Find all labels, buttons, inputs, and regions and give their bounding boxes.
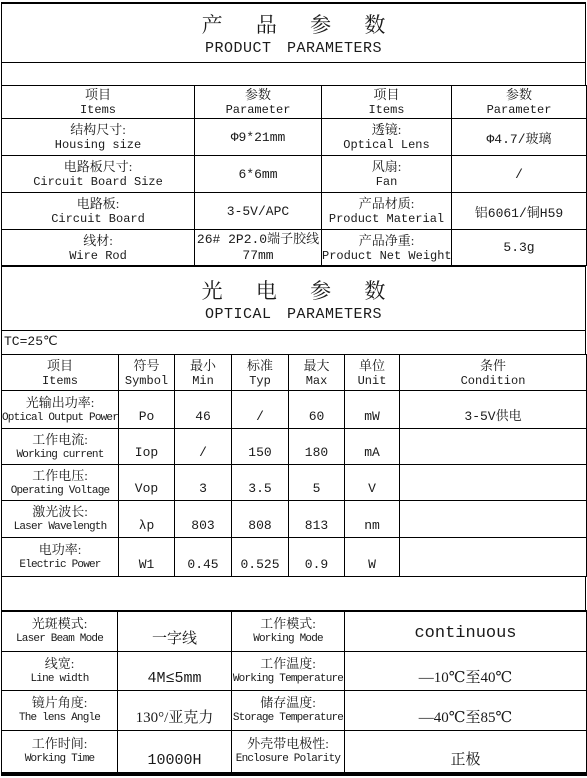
product-parameters-table: 项目 Items 参数 Parameter 项目 Items 参数 Parame…	[1, 85, 587, 266]
condition-cell	[400, 465, 587, 501]
item-label-en: Storage Temperature	[232, 711, 344, 726]
item-label-en: Circuit Board Size	[2, 175, 194, 190]
item-cell-working-time: 工作时间: Working Time	[2, 730, 118, 774]
header-label-en: Parameter	[452, 103, 586, 118]
value-cell: 130°/亚克力	[118, 690, 232, 730]
item-label-en: Working Time	[2, 752, 117, 767]
table-row: 工作电压: Operating Voltage Vop 3 3.5 5 V	[2, 465, 587, 501]
item-label-cn: 电路板尺寸:	[2, 158, 194, 175]
value-cell: 4M≤5mm	[118, 651, 232, 690]
header-label-en: Items	[322, 103, 451, 118]
item-cell-optical-output-power: 光输出功率: Optical Output Power	[2, 391, 119, 429]
header-label-cn: 项目	[2, 357, 118, 374]
value-cell: 5.3g	[452, 230, 587, 266]
header-cell-parameter: 参数 Parameter	[195, 86, 322, 119]
header-label-cn: 单位	[345, 357, 399, 374]
value-cell: Φ4.7/玻璃	[452, 119, 587, 156]
unit-cell: W	[345, 538, 400, 577]
header-label-en: Items	[2, 103, 194, 118]
min-cell: 0.45	[175, 538, 232, 577]
table-row: 激光波长: Laser Wavelength λp 803 808 813 nm	[2, 501, 587, 538]
item-cell-product-material: 产品材质: Product Material	[322, 193, 452, 230]
optical-title-en: OPTICAL PARAMETERS	[205, 306, 382, 323]
item-cell-storage-temperature: 储存温度: Storage Temperature	[232, 690, 345, 730]
header-label-cn: 项目	[322, 86, 451, 103]
unit-cell: mW	[345, 391, 400, 429]
item-cell-line-width: 线宽: Line width	[2, 651, 118, 690]
max-cell: 5	[289, 465, 345, 501]
value-cell: /	[452, 156, 587, 193]
item-label-cn: 产品材质:	[322, 195, 451, 212]
value-cell: 正极	[345, 730, 587, 774]
item-cell-working-temperature: 工作温度: Working Temperature	[232, 651, 345, 690]
symbol-cell: Vop	[119, 465, 175, 501]
min-cell: 3	[175, 465, 232, 501]
header-cell-max: 最大 Max	[289, 355, 345, 391]
symbol-cell: Iop	[119, 429, 175, 465]
typ-cell: 150	[232, 429, 289, 465]
item-label-cn: 产品净重:	[322, 232, 451, 249]
table-row: 光输出功率: Optical Output Power Po 46 / 60 m…	[2, 391, 587, 429]
item-label-en: Circuit Board	[2, 212, 194, 227]
item-cell-operating-voltage: 工作电压: Operating Voltage	[2, 465, 119, 501]
header-label-cn: 条件	[400, 357, 586, 374]
item-cell-wire-rod: 线材: Wire Rod	[2, 230, 195, 266]
item-label-cn: 透镜:	[322, 121, 451, 138]
spec-sheet: 产 品 参 数 PRODUCT PARAMETERS 项目 Items 参数 P…	[0, 0, 587, 778]
item-label-en: Product Material	[322, 212, 451, 227]
item-cell-circuit-board: 电路板: Circuit Board	[2, 193, 195, 230]
item-label-cn: 镜片角度:	[2, 694, 117, 711]
optical-section-header: 光 电 参 数 OPTICAL PARAMETERS	[1, 266, 586, 331]
header-label-cn: 符号	[119, 357, 174, 374]
header-cell-items: 项目 Items	[2, 355, 119, 391]
item-label-en: Laser Beam Mode	[2, 632, 117, 647]
symbol-cell: λp	[119, 501, 175, 538]
table-row: 结构尺寸: Housing size Φ9*21mm 透镜: Optical L…	[2, 119, 587, 156]
value-cell: 6*6mm	[195, 156, 322, 193]
typ-cell: 808	[232, 501, 289, 538]
table-row: 工作电流: Working current Iop / 150 180 mA	[2, 429, 587, 465]
item-cell-laser-beam-mode: 光斑模式: Laser Beam Mode	[2, 611, 118, 651]
optical-table-header-row: 项目 Items 符号 Symbol 最小 Min 标准 Typ 最大 Max …	[2, 355, 587, 391]
value-line-1: 26# 2P2.0端子胶线	[195, 232, 321, 248]
table-row: 电路板: Circuit Board 3-5V/APC 产品材质: Produc…	[2, 193, 587, 230]
item-label-en: Working current	[2, 448, 118, 463]
unit-cell: mA	[345, 429, 400, 465]
tc-note: TC=25℃	[1, 331, 586, 354]
optical-parameters-table: 项目 Items 符号 Symbol 最小 Min 标准 Typ 最大 Max …	[1, 354, 587, 577]
item-label-en: Line width	[2, 672, 117, 687]
symbol-cell: Po	[119, 391, 175, 429]
item-label-en: Electric Power	[2, 558, 118, 573]
header-cell-symbol: 符号 Symbol	[119, 355, 175, 391]
item-label-cn: 储存温度:	[232, 694, 344, 711]
item-label-cn: 工作电压:	[2, 467, 118, 484]
item-cell-circuit-board-size: 电路板尺寸: Circuit Board Size	[2, 156, 195, 193]
item-label-en: Enclosure Polarity	[232, 752, 344, 767]
optical-title-cn: 光 电 参 数	[188, 275, 400, 305]
table-row: 线宽: Line width 4M≤5mm 工作温度: Working Temp…	[2, 651, 587, 690]
item-label-cn: 结构尺寸:	[2, 121, 194, 138]
item-label-cn: 线宽:	[2, 655, 117, 672]
item-label-cn: 工作温度:	[232, 655, 344, 672]
item-label-cn: 风扇:	[322, 158, 451, 175]
header-cell-unit: 单位 Unit	[345, 355, 400, 391]
value-cell: —10℃至40℃	[345, 651, 587, 690]
product-table-header-row: 项目 Items 参数 Parameter 项目 Items 参数 Parame…	[2, 86, 587, 119]
typ-cell: 0.525	[232, 538, 289, 577]
item-label-cn: 线材:	[2, 232, 194, 249]
table-row: 电功率: Electric Power W1 0.45 0.525 0.9 W	[2, 538, 587, 577]
header-label-en: Typ	[232, 374, 288, 389]
item-label-en: Optical Output Power	[2, 411, 118, 426]
item-cell-housing-size: 结构尺寸: Housing size	[2, 119, 195, 156]
item-label-en: Product Net Weight	[322, 249, 451, 264]
item-label-cn: 电路板:	[2, 195, 194, 212]
item-label-cn: 工作模式:	[232, 615, 344, 632]
value-cell: —40℃至85℃	[345, 690, 587, 730]
item-cell-fan: 风扇: Fan	[322, 156, 452, 193]
item-label-en: Fan	[322, 175, 451, 190]
item-cell-product-net-weight: 产品净重: Product Net Weight	[322, 230, 452, 266]
table-row: 光斑模式: Laser Beam Mode 一字线 工作模式: Working …	[2, 611, 587, 651]
header-cell-condition: 条件 Condition	[400, 355, 587, 391]
item-label-cn: 光输出功率:	[2, 394, 118, 411]
product-section-header: 产 品 参 数 PRODUCT PARAMETERS	[1, 2, 586, 63]
product-title-en: PRODUCT PARAMETERS	[205, 40, 382, 57]
header-cell-min: 最小 Min	[175, 355, 232, 391]
item-label-en: Operating Voltage	[2, 484, 118, 499]
characteristics-table: 光斑模式: Laser Beam Mode 一字线 工作模式: Working …	[1, 610, 587, 776]
value-cell: 一字线	[118, 611, 232, 651]
item-label-cn: 工作电流:	[2, 431, 118, 448]
typ-cell: /	[232, 391, 289, 429]
item-label-en: Wire Rod	[2, 249, 194, 264]
item-label-en: Working Mode	[232, 632, 344, 647]
min-cell: 46	[175, 391, 232, 429]
header-label-cn: 标准	[232, 357, 288, 374]
header-label-cn: 最小	[175, 357, 231, 374]
item-label-cn: 工作时间:	[2, 735, 117, 752]
header-label-en: Parameter	[195, 103, 321, 118]
header-cell-parameter: 参数 Parameter	[452, 86, 587, 119]
header-label-en: Symbol	[119, 374, 174, 389]
header-label-cn: 参数	[452, 86, 586, 103]
table-row: 电路板尺寸: Circuit Board Size 6*6mm 风扇: Fan …	[2, 156, 587, 193]
item-label-en: Laser Wavelength	[2, 520, 118, 535]
condition-cell	[400, 538, 587, 577]
item-label-cn: 外壳带电极性:	[232, 735, 344, 752]
unit-cell: V	[345, 465, 400, 501]
item-cell-laser-wavelength: 激光波长: Laser Wavelength	[2, 501, 119, 538]
header-cell-typ: 标准 Typ	[232, 355, 289, 391]
item-label-en: Housing size	[2, 138, 194, 153]
item-cell-enclosure-polarity: 外壳带电极性: Enclosure Polarity	[232, 730, 345, 774]
item-label-cn: 光斑模式:	[2, 615, 117, 632]
item-label-en: The lens Angle	[2, 711, 117, 726]
item-label-en: Optical Lens	[322, 138, 451, 153]
max-cell: 60	[289, 391, 345, 429]
item-cell-working-mode: 工作模式: Working Mode	[232, 611, 345, 651]
table-row: 线材: Wire Rod 26# 2P2.0端子胶线 77mm 产品净重: Pr…	[2, 230, 587, 266]
header-label-en: Min	[175, 374, 231, 389]
item-cell-lens-angle: 镜片角度: The lens Angle	[2, 690, 118, 730]
value-cell: 10000H	[118, 730, 232, 774]
value-cell: 26# 2P2.0端子胶线 77mm	[195, 230, 322, 266]
value-cell: Φ9*21mm	[195, 119, 322, 156]
item-cell-working-current: 工作电流: Working current	[2, 429, 119, 465]
unit-cell: nm	[345, 501, 400, 538]
item-label-cn: 电功率:	[2, 541, 118, 558]
value-cell: 铝6061/铜H59	[452, 193, 587, 230]
item-cell-electric-power: 电功率: Electric Power	[2, 538, 119, 577]
condition-cell	[400, 501, 587, 538]
header-label-cn: 最大	[289, 357, 344, 374]
min-cell: 803	[175, 501, 232, 538]
symbol-cell: W1	[119, 538, 175, 577]
max-cell: 0.9	[289, 538, 345, 577]
typ-cell: 3.5	[232, 465, 289, 501]
header-label-en: Condition	[400, 374, 586, 389]
item-label-cn: 激光波长:	[2, 503, 118, 520]
header-label-en: Max	[289, 374, 344, 389]
table-row: 镜片角度: The lens Angle 130°/亚克力 储存温度: Stor…	[2, 690, 587, 730]
header-label-en: Items	[2, 374, 118, 389]
value-line-2: 77mm	[195, 248, 321, 264]
product-title-cn: 产 品 参 数	[188, 9, 400, 39]
spacer-strip	[1, 577, 586, 610]
max-cell: 813	[289, 501, 345, 538]
header-label-cn: 参数	[195, 86, 321, 103]
table-row: 工作时间: Working Time 10000H 外壳带电极性: Enclos…	[2, 730, 587, 774]
item-label-en: Working Temperature	[232, 672, 344, 687]
header-cell-items: 项目 Items	[2, 86, 195, 119]
header-label-en: Unit	[345, 374, 399, 389]
header-label-cn: 项目	[2, 86, 194, 103]
min-cell: /	[175, 429, 232, 465]
item-cell-optical-lens: 透镜: Optical Lens	[322, 119, 452, 156]
value-cell: 3-5V/APC	[195, 193, 322, 230]
header-cell-items: 项目 Items	[322, 86, 452, 119]
max-cell: 180	[289, 429, 345, 465]
value-cell: continuous	[345, 611, 587, 651]
condition-cell: 3-5V供电	[400, 391, 587, 429]
spacer-strip	[1, 63, 586, 85]
condition-cell	[400, 429, 587, 465]
